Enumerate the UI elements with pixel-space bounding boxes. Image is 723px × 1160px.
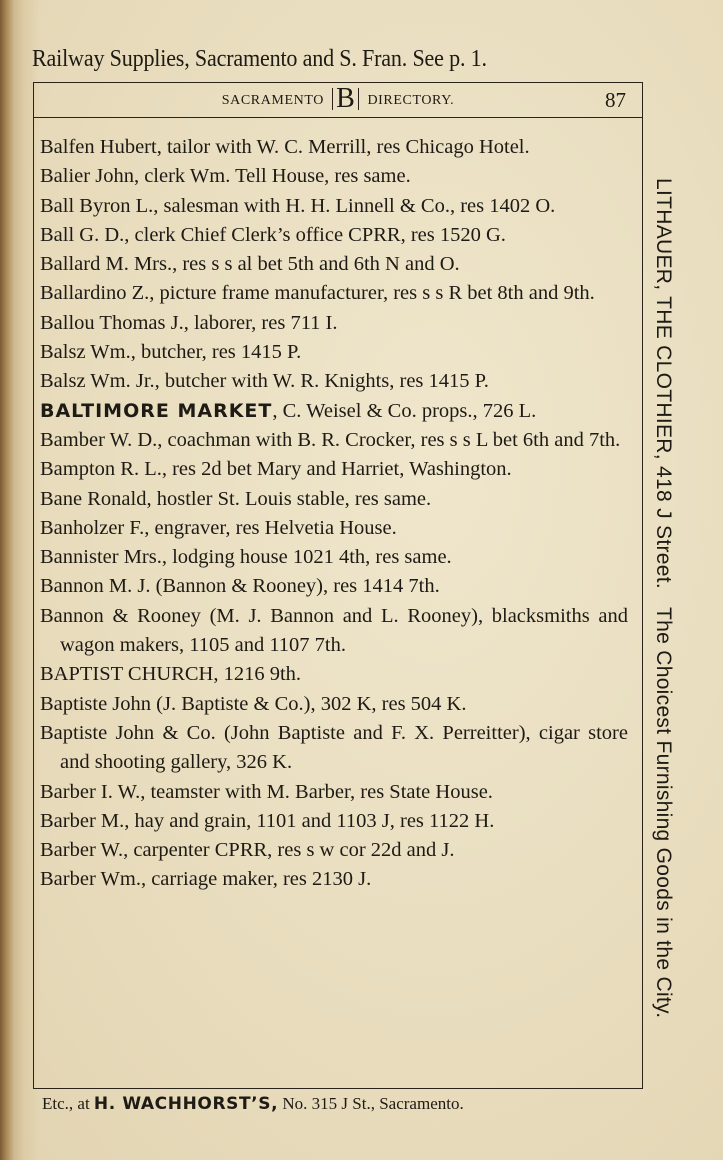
directory-entry: Ballou Thomas J., laborer, res 711 I. — [40, 309, 628, 338]
running-head-left: SACRAMENTO — [222, 93, 324, 108]
side-advert-part1: LITHAUER, THE CLOTHIER, 418 J Street. — [652, 178, 675, 589]
directory-entry: Balier John, clerk Wm. Tell House, res s… — [40, 162, 628, 191]
directory-entry: Ballardino Z., picture frame manufacture… — [40, 279, 628, 308]
directory-entry: Balsz Wm. Jr., butcher with W. R. Knight… — [40, 367, 628, 396]
directory-entry: Ball Byron L., salesman with H. H. Linne… — [40, 192, 628, 221]
bottom-advertisement: Etc., at H. WACHHORST’S, No. 315 J St., … — [42, 1094, 682, 1114]
bottom-advert-prefix: Etc., at — [42, 1094, 90, 1113]
directory-entry: Bannister Mrs., lodging house 1021 4th, … — [40, 543, 628, 572]
side-advertisement-text: LITHAUER, THE CLOTHIER, 418 J Street. Th… — [648, 178, 678, 988]
section-letter: B — [332, 88, 359, 110]
directory-entry: Barber W., carpenter CPRR, res s w cor 2… — [40, 836, 628, 865]
bottom-advert-suffix: No. 315 J St., Sacramento. — [282, 1094, 463, 1113]
business-details: , C. Weisel & Co. props., 726 L. — [272, 400, 536, 422]
directory-entry: Baptiste John (J. Baptiste & Co.), 302 K… — [40, 690, 628, 719]
directory-entry: Balfen Hubert, tailor with W. C. Merrill… — [40, 133, 628, 162]
directory-entry: Bampton R. L., res 2d bet Mary and Harri… — [40, 455, 628, 484]
bottom-advert-name: H. WACHHORST’S, — [94, 1094, 278, 1114]
directory-entry: Barber I. W., teamster with M. Barber, r… — [40, 778, 628, 807]
top-advertisement: Railway Supplies, Sacramento and S. Fran… — [32, 46, 621, 73]
directory-entry-church: BAPTIST CHURCH, 1216 9th. — [40, 660, 628, 689]
side-advert-part2: The Choicest Furnishing Goods in the Cit… — [652, 607, 675, 1018]
directory-entry: Barber M., hay and grain, 1101 and 1103 … — [40, 807, 628, 836]
directory-entry: Barber Wm., carriage maker, res 2130 J. — [40, 865, 628, 894]
directory-entry: Baptiste John & Co. (John Baptiste and F… — [40, 719, 628, 778]
page-number: 87 — [605, 88, 626, 113]
directory-entry-business: BALTIMORE MARKET, C. Weisel & Co. props.… — [40, 397, 628, 426]
directory-entry: Bane Ronald, hostler St. Louis stable, r… — [40, 485, 628, 514]
business-name: BALTIMORE MARKET — [40, 400, 272, 422]
directory-entries: Balfen Hubert, tailor with W. C. Merrill… — [40, 133, 628, 895]
directory-entry: Ball G. D., clerk Chief Clerk’s office C… — [40, 221, 628, 250]
running-head-title: SACRAMENTO B DIRECTORY. — [34, 88, 642, 110]
directory-entry: Bannon M. J. (Bannon & Rooney), res 1414… — [40, 572, 628, 601]
directory-entry: Banholzer F., engraver, res Helvetia Hou… — [40, 514, 628, 543]
running-head: SACRAMENTO B DIRECTORY. 87 — [34, 83, 642, 118]
page-frame: SACRAMENTO B DIRECTORY. 87 Balfen Hubert… — [33, 82, 643, 1089]
directory-entry: Bannon & Rooney (M. J. Bannon and L. Roo… — [40, 602, 628, 661]
directory-entry: Balsz Wm., butcher, res 1415 P. — [40, 338, 628, 367]
directory-entry: Ballard M. Mrs., res s s al bet 5th and … — [40, 250, 628, 279]
side-advertisement: LITHAUER, THE CLOTHIER, 418 J Street. Th… — [648, 178, 678, 988]
directory-entry: Bamber W. D., coachman with B. R. Crocke… — [40, 426, 628, 455]
running-head-right: DIRECTORY. — [367, 93, 454, 108]
